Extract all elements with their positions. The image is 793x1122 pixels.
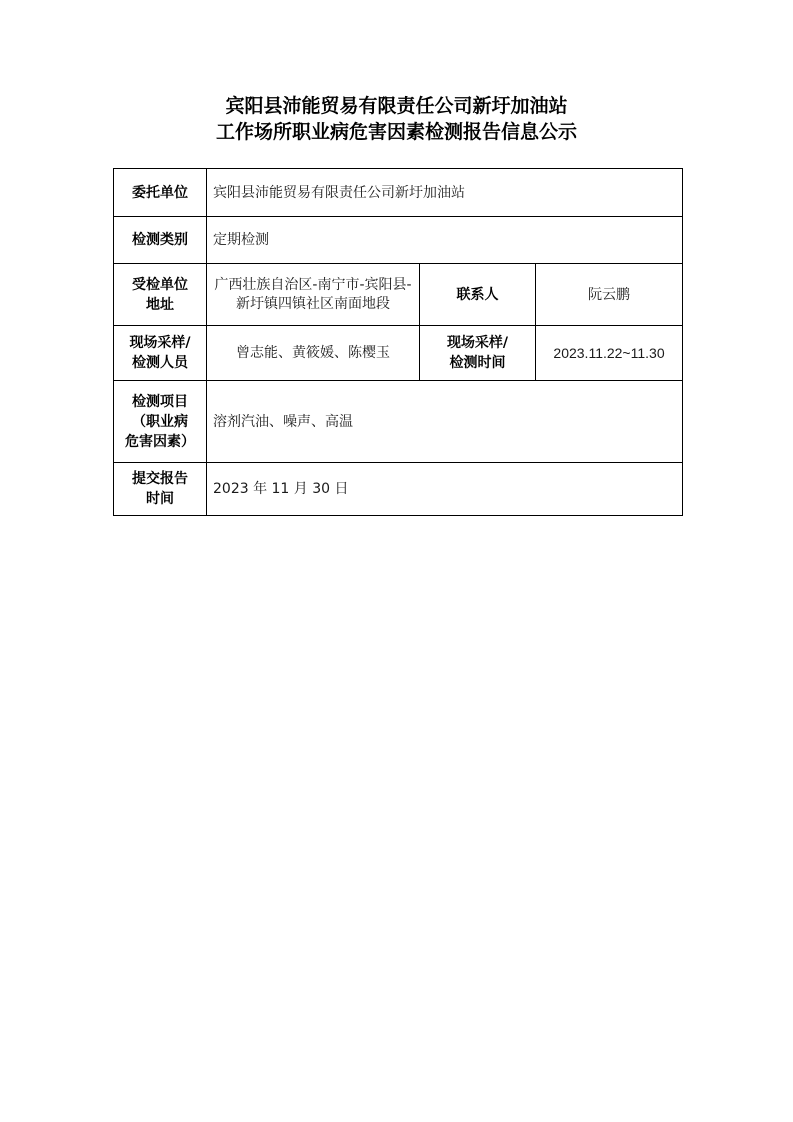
report-date-label: 提交报告 时间 — [114, 463, 207, 516]
table-row-report-date: 提交报告 时间 2023 年 11 月 30 日 — [114, 463, 683, 516]
report-date-label-line-2: 时间 — [120, 489, 200, 509]
table-row-address: 受检单位 地址 广西壮族自治区-南宁市-宾阳县-新圩镇四镇社区南面地段 联系人 … — [114, 264, 683, 326]
test-type-value: 定期检测 — [207, 217, 683, 264]
personnel-label-line-1: 现场采样/ — [120, 333, 200, 353]
table-row-items: 检测项目 （职业病 危害因素） 溶剂汽油、噪声、高温 — [114, 381, 683, 463]
items-label-line-1: 检测项目 — [120, 392, 200, 412]
test-type-label: 检测类别 — [114, 217, 207, 264]
sampling-time-value: 2023.11.22~11.30 — [536, 326, 683, 381]
personnel-value: 曾志能、黄筱媛、陈樱玉 — [207, 326, 420, 381]
report-date-value: 2023 年 11 月 30 日 — [207, 463, 683, 516]
title-line-1: 宾阳县沛能贸易有限责任公司新圩加油站 — [0, 93, 793, 119]
report-date-label-line-1: 提交报告 — [120, 469, 200, 489]
items-label: 检测项目 （职业病 危害因素） — [114, 381, 207, 463]
info-table: 委托单位 宾阳县沛能贸易有限责任公司新圩加油站 检测类别 定期检测 受检单位 地… — [113, 168, 683, 516]
contact-value: 阮云鹏 — [536, 264, 683, 326]
title-line-2: 工作场所职业病危害因素检测报告信息公示 — [0, 119, 793, 145]
address-label-line-1: 受检单位 — [120, 275, 200, 295]
table-row-personnel: 现场采样/ 检测人员 曾志能、黄筱媛、陈樱玉 现场采样/ 检测时间 2023.1… — [114, 326, 683, 381]
client-label: 委托单位 — [114, 169, 207, 217]
address-value: 广西壮族自治区-南宁市-宾阳县-新圩镇四镇社区南面地段 — [207, 264, 420, 326]
address-label: 受检单位 地址 — [114, 264, 207, 326]
items-label-line-3: 危害因素） — [120, 432, 200, 452]
contact-label: 联系人 — [420, 264, 536, 326]
document-title: 宾阳县沛能贸易有限责任公司新圩加油站 工作场所职业病危害因素检测报告信息公示 — [0, 93, 793, 145]
table-row-client: 委托单位 宾阳县沛能贸易有限责任公司新圩加油站 — [114, 169, 683, 217]
items-value: 溶剂汽油、噪声、高温 — [207, 381, 683, 463]
personnel-label: 现场采样/ 检测人员 — [114, 326, 207, 381]
sampling-time-label-line-2: 检测时间 — [426, 353, 529, 373]
sampling-time-label-line-1: 现场采样/ — [426, 333, 529, 353]
table-row-test-type: 检测类别 定期检测 — [114, 217, 683, 264]
sampling-time-label: 现场采样/ 检测时间 — [420, 326, 536, 381]
address-label-line-2: 地址 — [120, 295, 200, 315]
items-label-line-2: （职业病 — [120, 412, 200, 432]
client-value: 宾阳县沛能贸易有限责任公司新圩加油站 — [207, 169, 683, 217]
personnel-label-line-2: 检测人员 — [120, 353, 200, 373]
